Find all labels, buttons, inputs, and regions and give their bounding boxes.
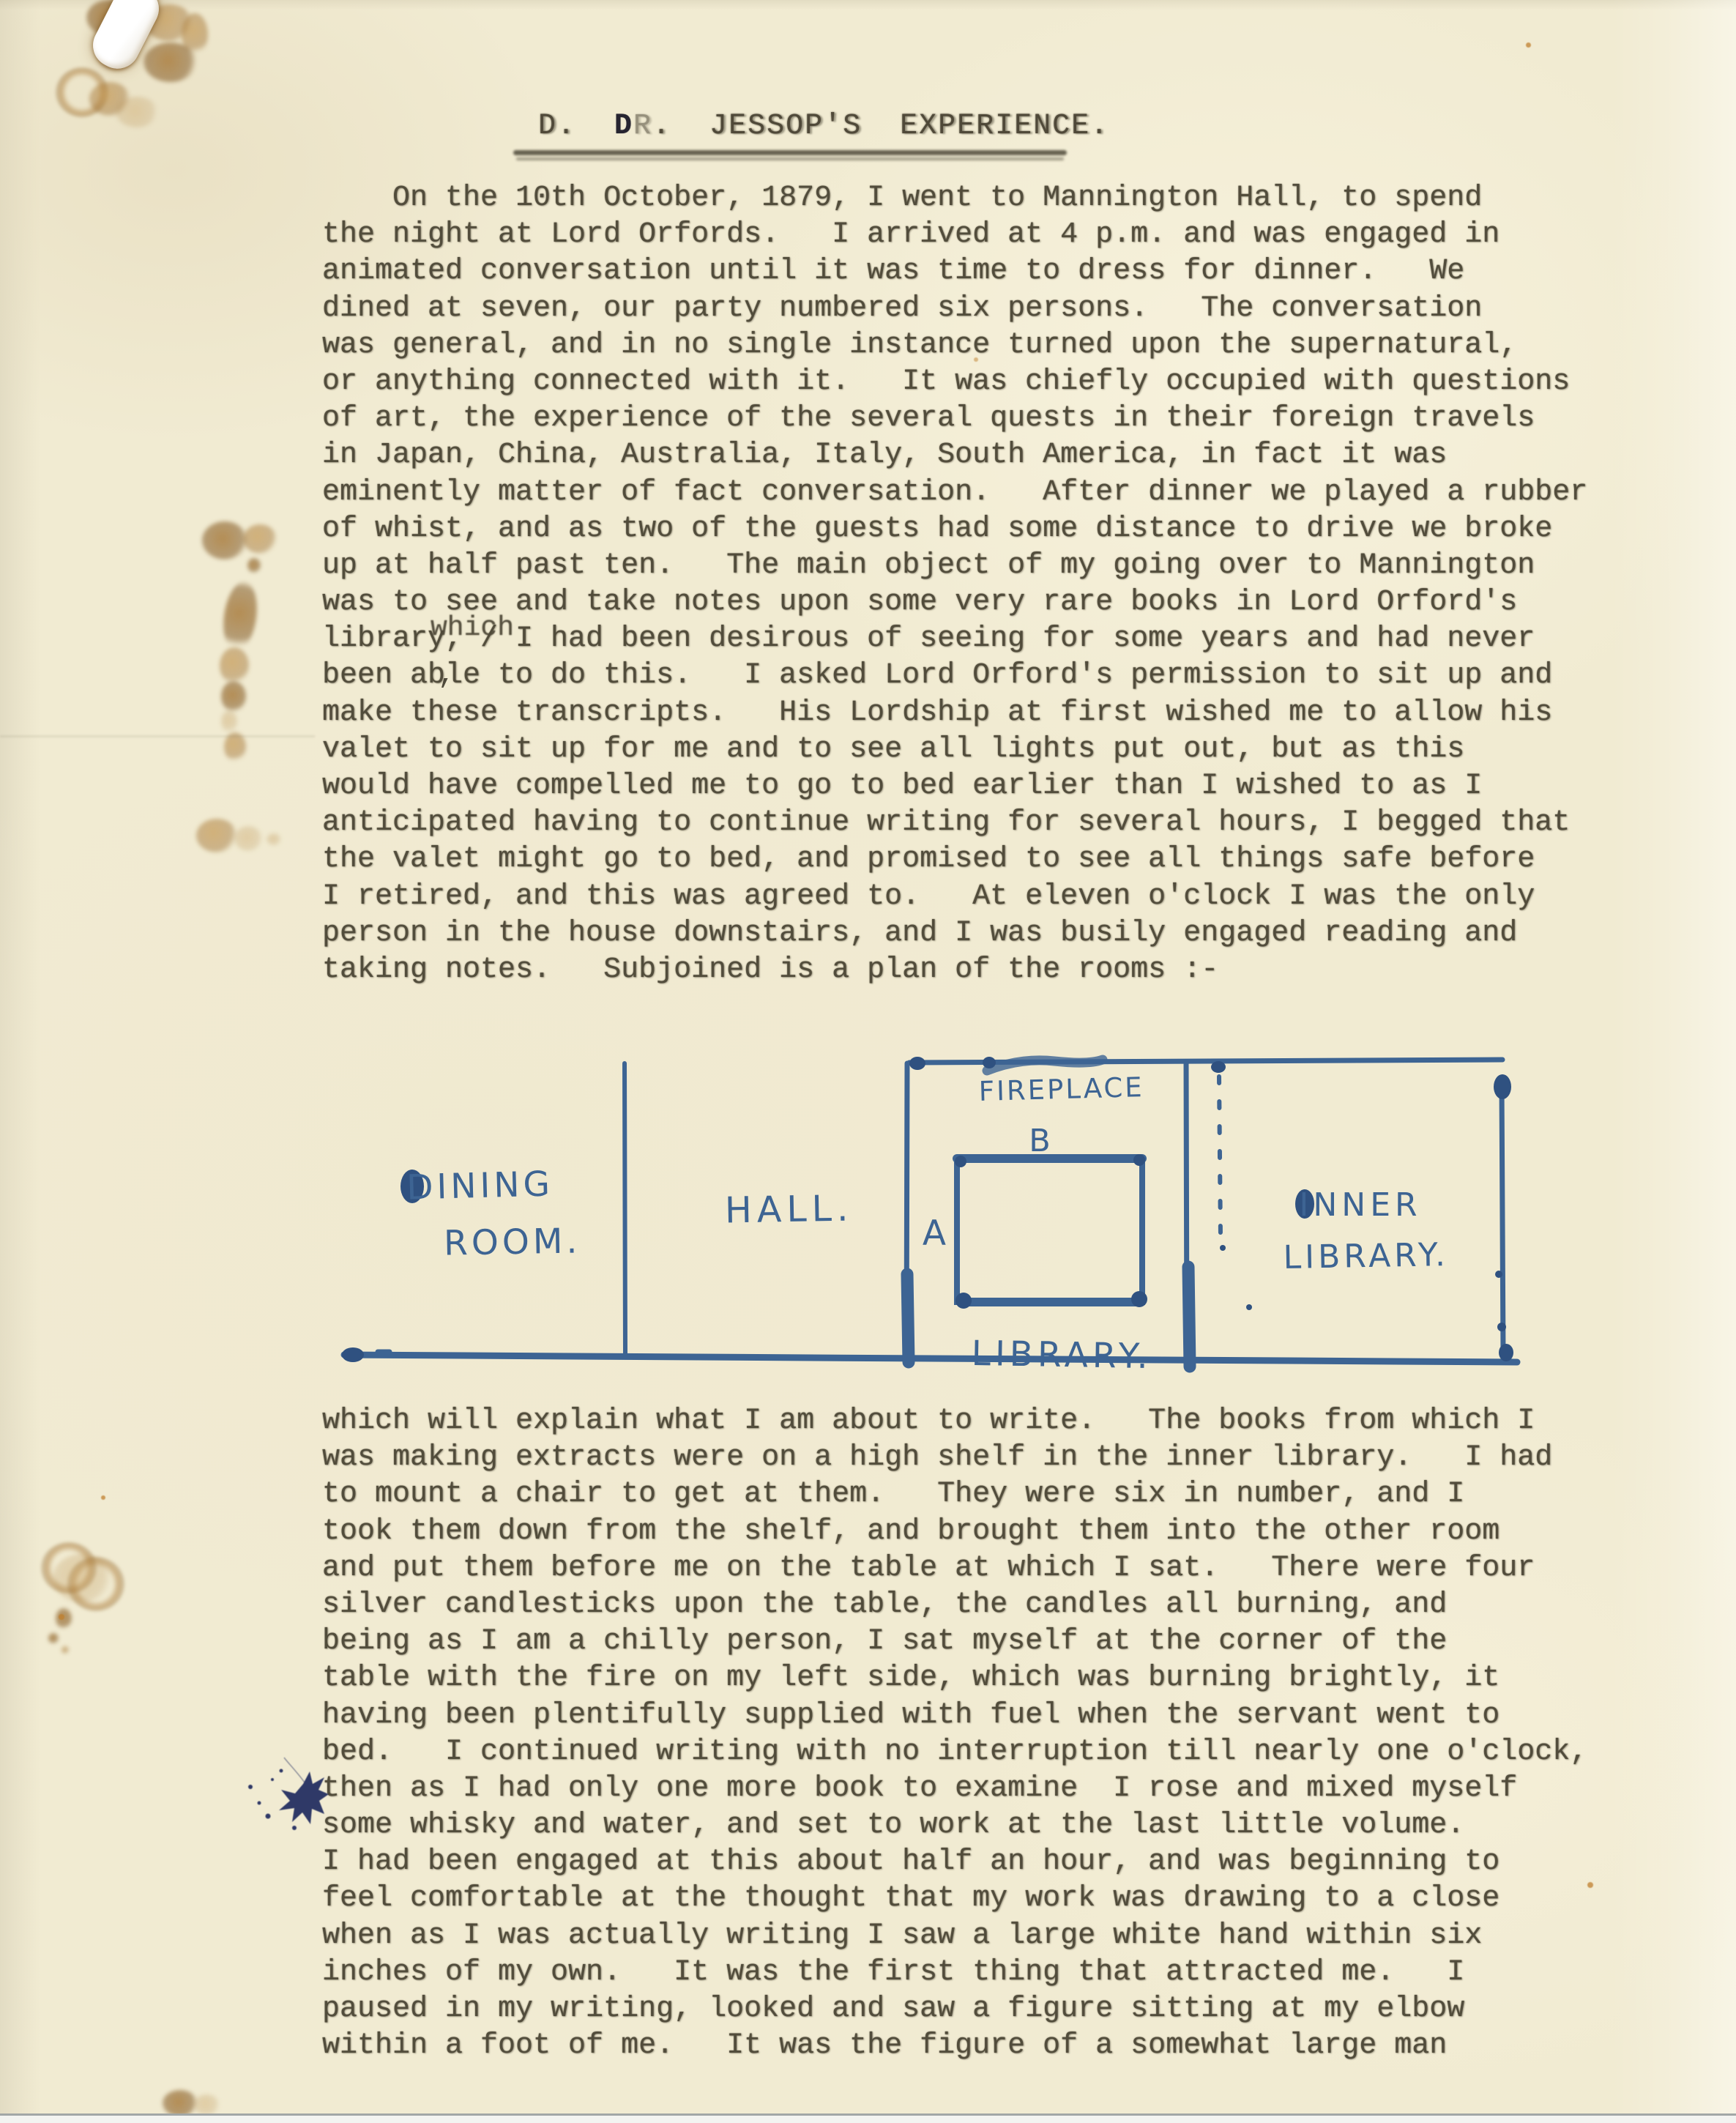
typed-line: make these transcripts. His Lordship at …: [322, 695, 1587, 732]
coffee-stain: [116, 97, 158, 127]
plan-dot-table-bl: [955, 1293, 972, 1309]
coffee-stain: [193, 2094, 220, 2115]
drip-stain: [243, 524, 277, 554]
ink-blot: [242, 1756, 337, 1851]
typed-line: and put them before me on the table at w…: [322, 1550, 1587, 1587]
title-underline-ghost: [516, 157, 1064, 160]
typed-line: silver candlesticks upon the table, the …: [322, 1587, 1587, 1624]
freckle-spot: [59, 1614, 64, 1620]
document-page: D. DR. JESSOP'S EXPERIENCE. On the 10th …: [0, 0, 1736, 2123]
typed-line: table with the fire on my left side, whi…: [322, 1660, 1587, 1697]
typed-line: took them down from the shelf, and broug…: [322, 1514, 1587, 1550]
plan-dot-library-topleft: [909, 1057, 925, 1070]
plan-dot-inner-topright: [1494, 1074, 1511, 1099]
drip-stain: [220, 579, 261, 653]
diagram-label-dining-line2: ROOM.: [444, 1221, 581, 1263]
typed-line: would have compelled me to go to bed ear…: [322, 768, 1587, 805]
typed-line: then as I had only one more book to exam…: [322, 1771, 1587, 1807]
typed-paragraph-1: On the 10th October, 1879, I went to Man…: [322, 180, 1587, 989]
ink-blot-satellite: [280, 1769, 283, 1773]
typed-line: was making extracts were on a high shelf…: [322, 1440, 1587, 1476]
drip-stain: [221, 710, 237, 732]
plan-speck: [1246, 1304, 1252, 1310]
title-part-a: D.: [538, 110, 614, 143]
ink-blot-satellite: [248, 1785, 253, 1789]
typed-line: or anything connected with it. It was ch…: [322, 364, 1587, 401]
drip-stain: [48, 1633, 59, 1643]
plan-dot-inner-wall-1: [1495, 1271, 1502, 1278]
typed-line: taking notes. Subjoined is a plan of the…: [322, 952, 1587, 989]
floor-plan-diagram: DINING ROOM. HALL. FIREPLACE B A LIBRARY…: [315, 1025, 1560, 1421]
coffee-stain: [163, 2090, 198, 2116]
fold-crease: [0, 735, 315, 737]
typed-line: I had been engaged at this about half an…: [322, 1844, 1587, 1881]
plan-library-right-door-jamb: [1188, 1267, 1190, 1367]
drip-stain: [247, 558, 261, 573]
diagram-label-inner-line1: INNER: [1299, 1186, 1421, 1224]
typed-line: in Japan, China, Australia, Italy, South…: [322, 437, 1587, 474]
plan-wall-dining-hall: [625, 1063, 625, 1354]
drip-stain: [202, 521, 247, 559]
title-overstruck-letter: D: [614, 110, 633, 143]
drip-stain: [196, 819, 237, 852]
plan-dot-table-tl: [955, 1156, 966, 1167]
typed-line: paused in my writing, looked and saw a f…: [322, 1991, 1587, 2028]
diagram-label-hall: HALL.: [724, 1187, 854, 1231]
typed-line: bed. I continued writing with no interru…: [322, 1734, 1587, 1771]
coffee-stain: [53, 1554, 111, 1602]
drip-stain: [234, 826, 262, 851]
plan-table-rect: [957, 1159, 1142, 1302]
typed-line: eminently matter of fact conversation. A…: [322, 475, 1587, 511]
stray-comma-mark: ,: [438, 659, 455, 692]
plan-dot-baseline-left: [342, 1347, 364, 1362]
plan-dot-inner-bottomright: [1499, 1344, 1513, 1361]
typed-line: animated conversation until it was time …: [322, 253, 1587, 290]
freckle-spot: [1526, 42, 1531, 48]
plan-dot-top-smudge: [983, 1057, 996, 1068]
diagram-label-point-a: A: [923, 1213, 946, 1254]
typed-line: within a foot of me. It was the figure o…: [322, 2028, 1587, 2064]
ink-blot-satellite: [271, 1778, 274, 1781]
ink-blot-hairline: [284, 1758, 305, 1782]
plan-library-left-door-jamb: [907, 1274, 909, 1362]
freckle-spot: [974, 357, 978, 362]
typed-line: the valet might go to bed, and promised …: [322, 841, 1587, 878]
coffee-stain: [182, 13, 208, 56]
diagram-label-inner-line2: LIBRARY.: [1283, 1236, 1449, 1276]
scan-edge-strip: [0, 2113, 1736, 2123]
typed-line: dined at seven, our party numbered six p…: [322, 291, 1587, 327]
typed-line: of art, the experience of the several qu…: [322, 401, 1587, 437]
plan-dot-table-br: [1131, 1291, 1147, 1307]
plan-dashed-opening: [1219, 1077, 1221, 1238]
typed-line: of whist, and as two of the guests had s…: [322, 511, 1587, 548]
diagram-label-library: LIBRARY.: [971, 1334, 1152, 1377]
typed-line: when as I was actually writing I saw a l…: [322, 1918, 1587, 1955]
diagram-label-dining-line1: DINING: [406, 1164, 554, 1208]
freckle-spot: [101, 1495, 105, 1500]
title-underline: [513, 150, 1067, 155]
plan-dot-table-tr: [1133, 1154, 1145, 1166]
typed-line: to mount a chair to get at them. They we…: [322, 1476, 1587, 1513]
typed-line: the night at Lord Orfords. I arrived at …: [322, 217, 1587, 253]
ink-blot-satellite: [292, 1826, 297, 1830]
plan-dot-inner-wall-2: [1497, 1323, 1506, 1331]
title-part-d: . JESSOP'S EXPERIENCE.: [652, 110, 1109, 143]
ink-blot-satellite: [266, 1814, 271, 1819]
plan-baseline: [344, 1355, 1517, 1362]
plan-top-wall-smudge: [987, 1060, 1103, 1071]
drip-stain: [221, 681, 246, 712]
typed-line: I retired, and this was agreed to. At el…: [322, 879, 1587, 915]
typed-line: having been plentifully supplied with fu…: [322, 1698, 1587, 1734]
ink-blot-main: [279, 1771, 329, 1824]
interlinear-insertion: which: [431, 612, 514, 644]
drip-stain: [267, 833, 281, 845]
typed-line: feel comfortable at the thought that my …: [322, 1881, 1587, 1917]
title-ghost-letter: R: [633, 110, 652, 143]
typed-line: On the 10th October, 1879, I went to Man…: [322, 180, 1587, 217]
plan-dot-dashed-bottom: [1220, 1245, 1226, 1251]
diagram-label-fireplace: FIREPLACE: [978, 1071, 1144, 1107]
typed-line: person in the house downstairs, and I wa…: [322, 915, 1587, 952]
typed-line: inches of my own. It was the first thing…: [322, 1955, 1587, 1991]
page-title: D. DR. JESSOP'S EXPERIENCE.: [538, 110, 1109, 143]
plan-inner-library-right-wall: [1502, 1084, 1503, 1356]
typed-line: anticipated having to continue writing f…: [322, 805, 1587, 841]
drip-stain: [220, 647, 249, 684]
typed-line: valet to sit up for me and to see all li…: [322, 732, 1587, 768]
plan-dot-dashed-top: [1211, 1061, 1226, 1073]
ink-blot-satellite: [258, 1802, 261, 1805]
typed-paragraph-2: which will explain what I am about to wr…: [322, 1403, 1587, 2064]
typed-line: been able to do this. I asked Lord Orfor…: [322, 658, 1587, 694]
typed-line: up at half past ten. The main object of …: [322, 548, 1587, 584]
typed-line: being as I am a chilly person, I sat mys…: [322, 1624, 1587, 1660]
freckle-spot: [1587, 1882, 1593, 1888]
drip-stain: [62, 1646, 69, 1654]
typed-line: some whisky and water, and set to work a…: [322, 1807, 1587, 1844]
typed-line: was general, and in no single instance t…: [322, 327, 1587, 364]
diagram-label-point-b: B: [1029, 1123, 1051, 1159]
